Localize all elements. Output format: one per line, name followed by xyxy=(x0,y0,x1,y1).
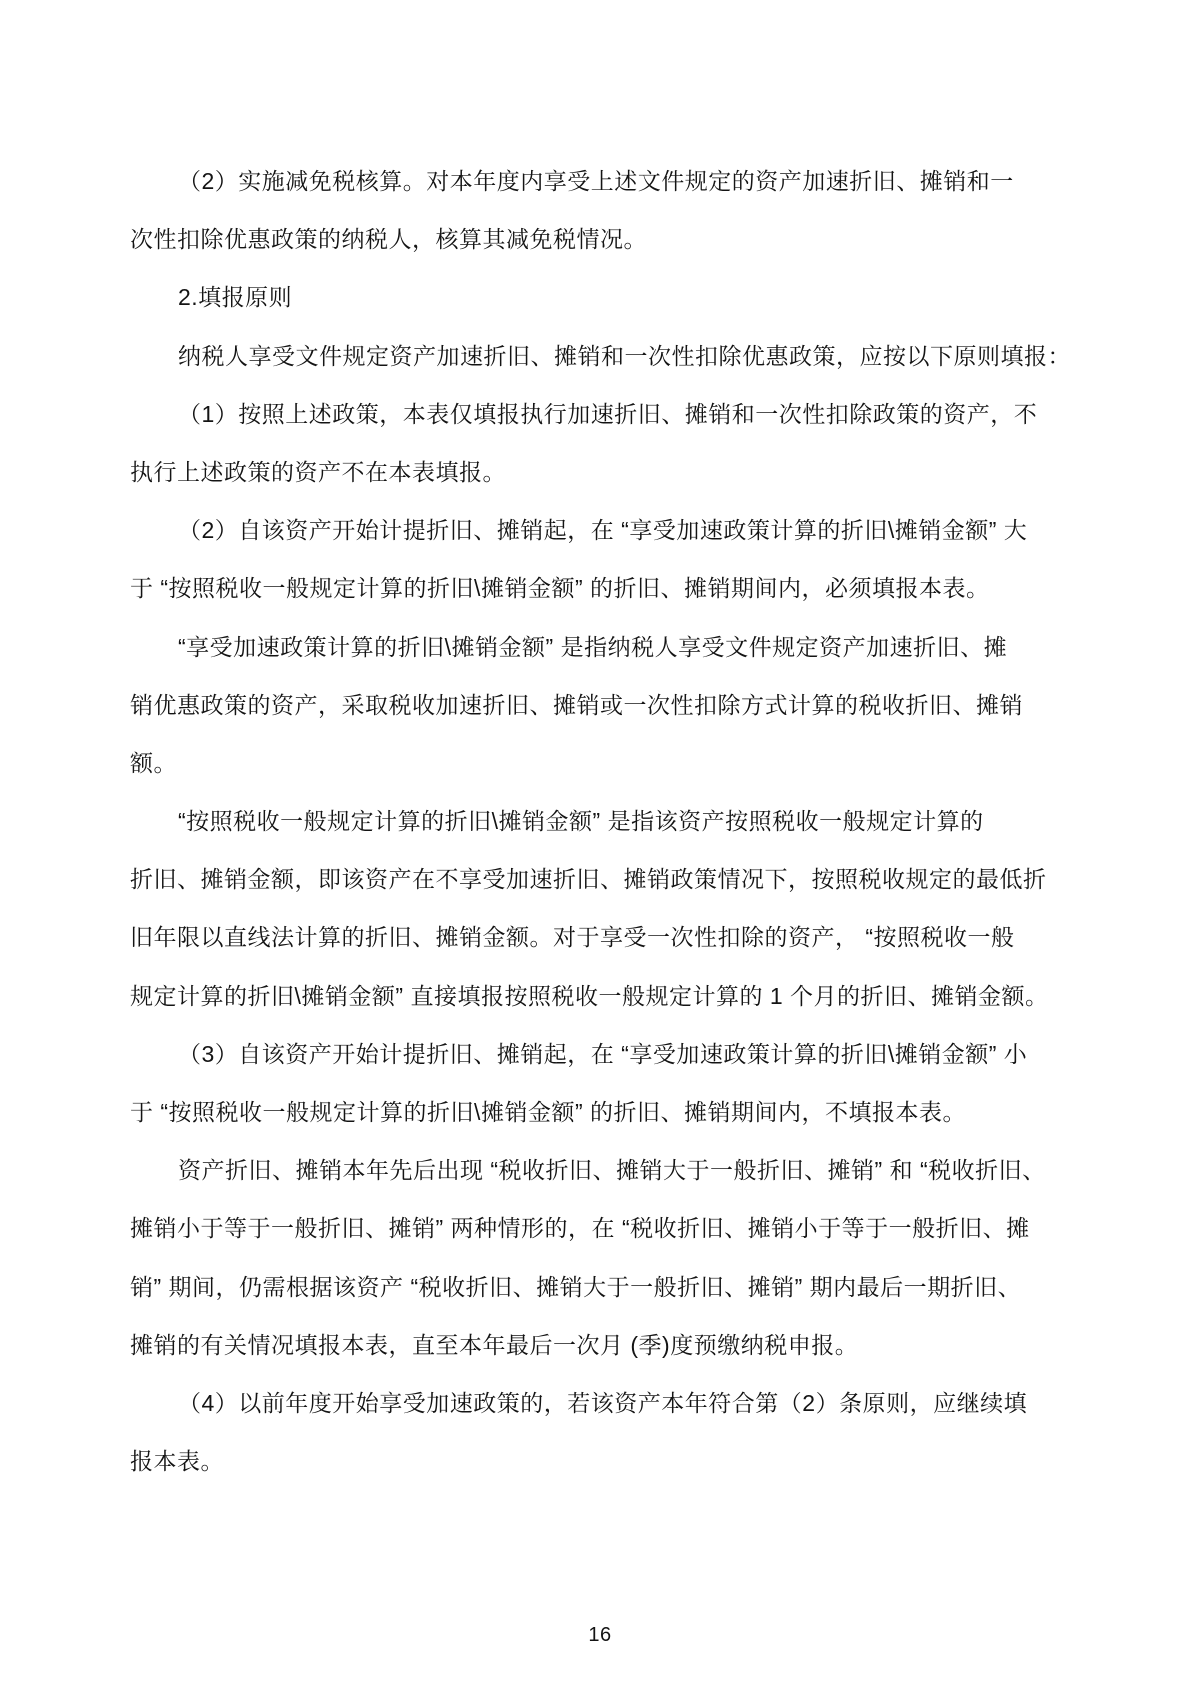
paragraph: （3）自该资产开始计提折旧、摊销起，在 “享受加速政策计算的折旧\摊销金额” 小… xyxy=(130,1025,1078,1141)
paragraph: “享受加速政策计算的折旧\摊销金额” 是指纳税人享受文件规定资产加速折旧、摊销优… xyxy=(130,618,1078,793)
text-line: 销优惠政策的资产，采取税收加速折旧、摊销或一次性扣除方式计算的税收折旧、摊销 xyxy=(130,676,1078,734)
text-line: 资产折旧、摊销本年先后出现 “税收折旧、摊销大于一般折旧、摊销” 和 “税收折旧… xyxy=(130,1141,1078,1199)
text-line: （2）实施减免税核算。对本年度内享受上述文件规定的资产加速折旧、摊销和一 xyxy=(130,152,1078,210)
text-line: 摊销的有关情况填报本表，直至本年最后一次月 (季)度预缴纳税申报。 xyxy=(130,1316,1078,1374)
text-line: 销” 期间，仍需根据该资产 “税收折旧、摊销大于一般折旧、摊销” 期内最后一期折… xyxy=(130,1258,1078,1316)
text-line: （2）自该资产开始计提折旧、摊销起，在 “享受加速政策计算的折旧\摊销金额” 大 xyxy=(130,501,1078,559)
text-line: 额。 xyxy=(130,734,1078,792)
text-line: （4）以前年度开始享受加速政策的，若该资产本年符合第（2）条原则，应继续填 xyxy=(130,1374,1078,1432)
text-line: 规定计算的折旧\摊销金额” 直接填报按照税收一般规定计算的 1 个月的折旧、摊销… xyxy=(130,967,1078,1025)
text-line: 纳税人享受文件规定资产加速折旧、摊销和一次性扣除优惠政策，应按以下原则填报： xyxy=(130,327,1078,385)
paragraph: （2）实施减免税核算。对本年度内享受上述文件规定的资产加速折旧、摊销和一次性扣除… xyxy=(130,152,1078,268)
paragraph: （1）按照上述政策，本表仅填报执行加速折旧、摊销和一次性扣除政策的资产，不执行上… xyxy=(130,385,1078,501)
document-body: （2）实施减免税核算。对本年度内享受上述文件规定的资产加速折旧、摊销和一次性扣除… xyxy=(130,152,1078,1490)
paragraph: 资产折旧、摊销本年先后出现 “税收折旧、摊销大于一般折旧、摊销” 和 “税收折旧… xyxy=(130,1141,1078,1374)
text-line: 于 “按照税收一般规定计算的折旧\摊销金额” 的折旧、摊销期间内，不填报本表。 xyxy=(130,1083,1078,1141)
text-line: “享受加速政策计算的折旧\摊销金额” 是指纳税人享受文件规定资产加速折旧、摊 xyxy=(130,618,1078,676)
document-page: （2）实施减免税核算。对本年度内享受上述文件规定的资产加速折旧、摊销和一次性扣除… xyxy=(0,0,1200,1696)
text-line: 2.填报原则 xyxy=(130,268,1078,326)
text-line: “按照税收一般规定计算的折旧\摊销金额” 是指该资产按照税收一般规定计算的 xyxy=(130,792,1078,850)
text-line: 于 “按照税收一般规定计算的折旧\摊销金额” 的折旧、摊销期间内，必须填报本表。 xyxy=(130,559,1078,617)
paragraph: （2）自该资产开始计提折旧、摊销起，在 “享受加速政策计算的折旧\摊销金额” 大… xyxy=(130,501,1078,617)
paragraph: （4）以前年度开始享受加速政策的，若该资产本年符合第（2）条原则，应继续填报本表… xyxy=(130,1374,1078,1490)
paragraph: “按照税收一般规定计算的折旧\摊销金额” 是指该资产按照税收一般规定计算的折旧、… xyxy=(130,792,1078,1025)
text-line: 报本表。 xyxy=(130,1432,1078,1490)
text-line: 次性扣除优惠政策的纳税人，核算其减免税情况。 xyxy=(130,210,1078,268)
paragraph: 2.填报原则 xyxy=(130,268,1078,326)
text-line: 折旧、摊销金额，即该资产在不享受加速折旧、摊销政策情况下，按照税收规定的最低折 xyxy=(130,850,1078,908)
text-line: （1）按照上述政策，本表仅填报执行加速折旧、摊销和一次性扣除政策的资产，不 xyxy=(130,385,1078,443)
text-line: （3）自该资产开始计提折旧、摊销起，在 “享受加速政策计算的折旧\摊销金额” 小 xyxy=(130,1025,1078,1083)
text-line: 摊销小于等于一般折旧、摊销” 两种情形的，在 “税收折旧、摊销小于等于一般折旧、… xyxy=(130,1199,1078,1257)
text-line: 旧年限以直线法计算的折旧、摊销金额。对于享受一次性扣除的资产， “按照税收一般 xyxy=(130,908,1078,966)
paragraph: 纳税人享受文件规定资产加速折旧、摊销和一次性扣除优惠政策，应按以下原则填报： xyxy=(130,327,1078,385)
page-number: 16 xyxy=(0,1620,1200,1650)
text-line: 执行上述政策的资产不在本表填报。 xyxy=(130,443,1078,501)
